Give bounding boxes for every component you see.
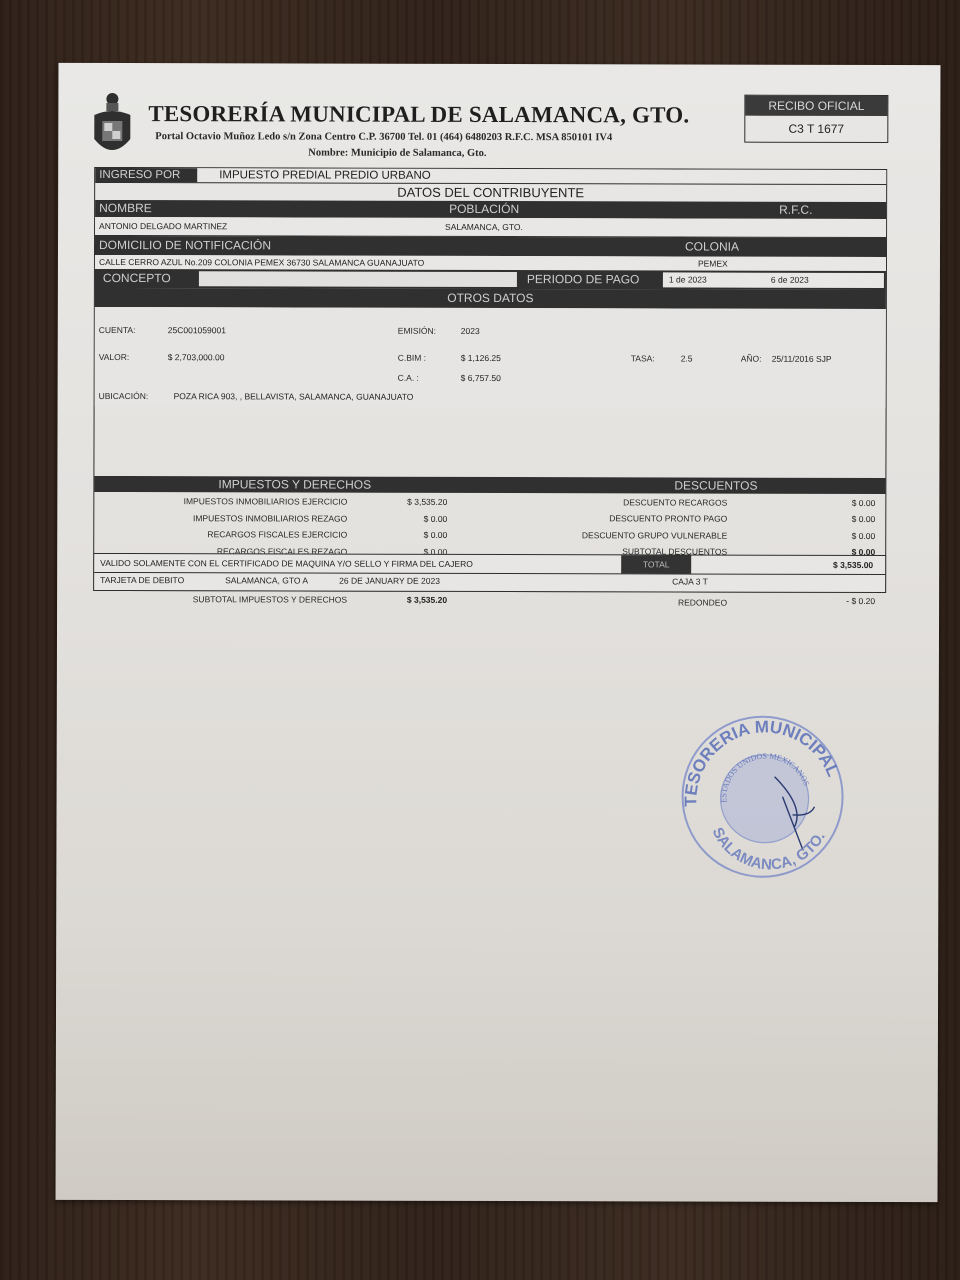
descuento-amount: $ 0.00 — [852, 498, 876, 508]
total-value: $ 3,535.00 — [833, 560, 873, 570]
official-receipt-box: RECIBO OFICIAL C3 T 1677 — [744, 95, 888, 143]
cbim-label: C.BIM : — [398, 353, 426, 363]
domicilio-header-band: DOMICILIO DE NOTIFICACIÓN COLONIA — [95, 236, 886, 257]
impuestos-subtotal: $ 3,535.20 — [407, 595, 447, 605]
footer-rows: VALIDO SOLAMENTE CON EL CERTIFICADO DE M… — [93, 553, 886, 593]
cuenta-value: 25C001059001 — [168, 325, 226, 335]
place-prefix: SALAMANCA, GTO A — [225, 575, 308, 585]
total-label: TOTAL — [621, 555, 691, 573]
ingreso-label: INGRESO POR — [95, 168, 197, 182]
payment-method: TARJETA DE DEBITO — [100, 575, 184, 585]
ca-label: C.A. : — [398, 373, 419, 383]
impuesto-label: IMPUESTOS INMOBILIARIOS REZAGO — [193, 513, 347, 523]
poblacion-value: SALAMANCA, GTO. — [445, 218, 523, 236]
cashier: CAJA 3 T — [672, 576, 708, 586]
contribuyente-section-title: DATOS DEL CONTRIBUYENTE — [95, 183, 886, 202]
periodo-inicio: 1 de 2023 — [669, 272, 707, 287]
validity-note: VALIDO SOLAMENTE CON EL CERTIFICADO DE M… — [100, 558, 473, 569]
impuesto-amount: $ 0.00 — [424, 530, 448, 540]
domicilio-label: DOMICILIO DE NOTIFICACIÓN — [99, 236, 271, 255]
ingreso-value: IMPUESTO PREDIAL PREDIO URBANO — [219, 168, 431, 183]
payment-row: TARJETA DE DEBITO SALAMANCA, GTO A 26 DE… — [94, 573, 885, 591]
nombre-label: NOMBRE — [99, 200, 152, 217]
descuento-amount: $ 0.00 — [852, 514, 876, 524]
organization-title: TESORERÍA MUNICIPAL DE SALAMANCA, GTO. — [148, 101, 689, 128]
anio-label: AÑO: — [741, 354, 762, 364]
coat-of-arms-icon — [88, 91, 136, 163]
contribuyente-header-band: NOMBRE POBLACIÓN R.F.C. — [95, 200, 886, 219]
descuento-label: DESCUENTO RECARGOS — [623, 497, 727, 507]
concepto-band: CONCEPTO PERIODO DE PAGO 1 de 2023 6 de … — [95, 269, 886, 290]
colonia-label: COLONIA — [685, 237, 739, 256]
ubicacion-label: UBICACIÓN: — [99, 391, 149, 401]
cbim-value: $ 1,126.25 — [461, 353, 501, 363]
redondeo-label: REDONDEO — [678, 597, 727, 607]
organization-address: Portal Octavio Muñoz Ledo s/n Zona Centr… — [155, 131, 612, 143]
nombre-value: ANTONIO DELGADO MARTINEZ — [99, 217, 227, 235]
valor-value: $ 2,703,000.00 — [168, 352, 225, 362]
descuento-label: DESCUENTO GRUPO VULNERABLE — [582, 530, 727, 540]
receipt-paper: TESORERÍA MUNICIPAL DE SALAMANCA, GTO. P… — [56, 63, 941, 1202]
payment-date: 26 DE JANUARY DE 2023 — [339, 576, 440, 586]
domicilio-value: CALLE CERRO AZUL No.209 COLONIA PEMEX 36… — [99, 255, 424, 270]
impuestos-subtotal-label: SUBTOTAL IMPUESTOS Y DERECHOS — [193, 594, 347, 604]
impuesto-label: IMPUESTOS INMOBILIARIOS EJERCICIO — [184, 496, 348, 506]
impuestos-title: IMPUESTOS Y DERECHOS — [218, 476, 371, 492]
impuesto-label: RECARGOS FISCALES EJERCICIO — [207, 529, 347, 539]
rfc-label: R.F.C. — [779, 202, 812, 219]
impuesto-amount: $ 3,535.20 — [407, 497, 447, 507]
contribuyente-values-row: ANTONIO DELGADO MARTINEZ SALAMANCA, GTO. — [95, 217, 886, 237]
emision-value: 2023 — [461, 326, 480, 336]
descuento-label: DESCUENTO PRONTO PAGO — [609, 514, 727, 524]
otros-datos-title: OTROS DATOS — [447, 291, 533, 305]
receipt-number: C3 T 1677 — [745, 116, 887, 142]
organization-name-line: Nombre: Municipio de Salamanca, Gto. — [308, 148, 486, 159]
official-receipt-label: RECIBO OFICIAL — [745, 96, 887, 116]
concepto-field — [199, 271, 517, 287]
official-seal-stamp: TESORERIA MUNICIPAL ESTADOS UNIDOS MEXIC… — [674, 706, 850, 882]
concepto-label: CONCEPTO — [103, 269, 171, 288]
descuentos-title: DESCUENTOS — [674, 477, 757, 493]
tasa-label: TASA: — [631, 353, 655, 363]
ca-value: $ 6,757.50 — [461, 373, 501, 383]
tasa-value: 2.5 — [681, 353, 693, 363]
cuenta-label: CUENTA: — [99, 325, 136, 335]
receipt-form: INGRESO POR IMPUESTO PREDIAL PREDIO URBA… — [93, 167, 887, 593]
periodo-field: 1 de 2023 6 de 2023 — [663, 272, 884, 288]
descuento-amount: $ 0.00 — [852, 531, 876, 541]
emision-label: EMISIÓN: — [398, 326, 436, 336]
colonia-value: PEMEX — [698, 257, 728, 271]
periodo-label: PERIODO DE PAGO — [527, 270, 640, 289]
anio-value: 25/11/2016 SJP — [772, 354, 832, 364]
periodo-fin: 6 de 2023 — [771, 273, 809, 288]
otros-datos-body: CUENTA: 25C001059001 EMISIÓN: 2023 VALOR… — [95, 307, 886, 408]
validity-row: VALIDO SOLAMENTE CON EL CERTIFICADO DE M… — [94, 554, 885, 575]
poblacion-label: POBLACIÓN — [449, 201, 519, 218]
valor-label: VALOR: — [99, 352, 130, 362]
impuesto-amount: $ 0.00 — [424, 513, 448, 523]
redondeo-value: - $ 0.20 — [846, 596, 875, 606]
ubicacion-value: POZA RICA 903, , BELLAVISTA, SALAMANCA, … — [174, 391, 414, 402]
otros-datos-band: OTROS DATOS — [95, 288, 886, 309]
